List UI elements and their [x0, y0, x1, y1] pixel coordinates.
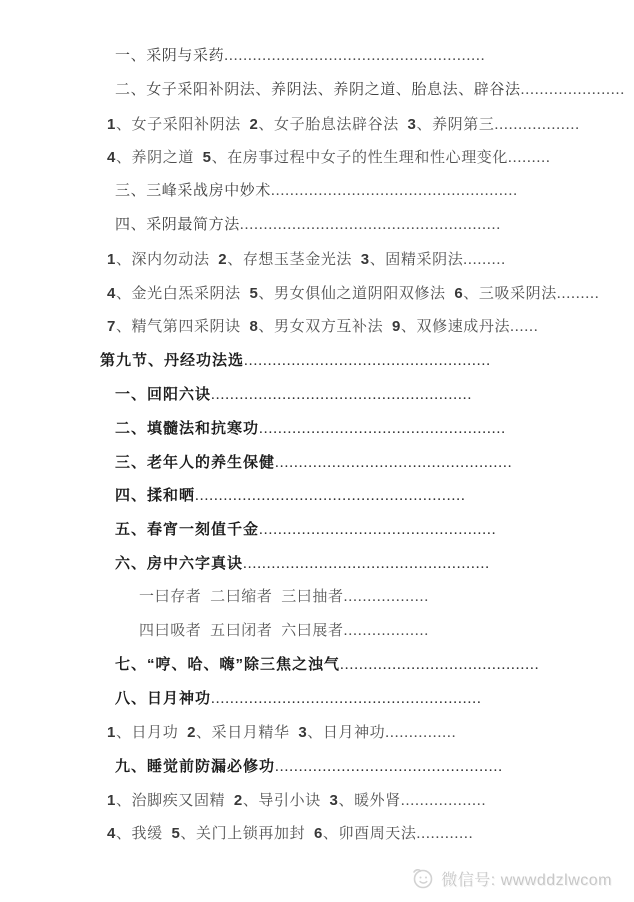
toc-line: 二、女子采阳补阴法、养阴法、养阴之道、胎息法、辟谷法..............… — [0, 74, 634, 108]
toc-line: 一、回阳六诀..................................… — [0, 378, 634, 412]
toc-line: 四曰吸者 五曰闭者 六曰展者.................. — [0, 615, 634, 649]
toc-line: 7、精气第四采阴诀 8、男女双方互补法 9、双修速成丹法...... — [0, 310, 634, 344]
toc-line: 一、采阴与采药.................................… — [0, 40, 634, 74]
toc-line: 四、采阴最简方法................................… — [0, 209, 634, 243]
watermark: 微信号: wwwddzlwcom — [410, 866, 612, 890]
toc-line: 三、三峰采战房中妙术..............................… — [0, 175, 634, 209]
toc-line: 4、我缓 5、关门上锁再加封 6、卯酉周天法............ — [0, 817, 634, 851]
toc-line: 1、深内勿动法 2、存想玉茎金光法 3、固精采阴法......... — [0, 243, 634, 277]
toc-line: 三、老年人的养生保健..............................… — [0, 446, 634, 480]
toc-line: 4、金光白炁采阴法 5、男女俱仙之道阴阳双修法 6、三吸采阴法......... — [0, 277, 634, 311]
watermark-text: 微信号: wwwddzlwcom — [441, 867, 612, 890]
toc-line: 七、“哼、哈、嗨”除三焦之浊气.........................… — [0, 648, 634, 682]
toc-section-heading: 第九节、丹经功法选...............................… — [0, 344, 634, 378]
toc-line: 4、养阴之道 5、在房事过程中女子的性生理和性心理变化......... — [0, 141, 634, 175]
toc-line: 一曰存者 二曰缩者 三曰抽者.................. — [0, 581, 634, 615]
toc-line: 九、睡觉前防漏必修功..............................… — [0, 750, 634, 784]
table-of-contents: 一、采阴与采药.................................… — [0, 40, 634, 851]
toc-line: 二、填髓法和抗寒功...............................… — [0, 412, 634, 446]
toc-line: 1、治脚疾又固精 2、导引小诀 3、暖外肾.................. — [0, 784, 634, 818]
toc-line: 六、房中六字真诀................................… — [0, 547, 634, 581]
document-page: 一、采阴与采药.................................… — [0, 0, 634, 902]
toc-line: 四、揉和晒...................................… — [0, 479, 634, 513]
toc-line: 1、日月功 2、采日月精华 3、日月神功............... — [0, 716, 634, 750]
cartoon-logo-icon — [410, 866, 434, 890]
toc-line: 五、春宵一刻值千金...............................… — [0, 513, 634, 547]
toc-line: 八、日月神功..................................… — [0, 682, 634, 716]
toc-line: 1、女子采阳补阴法 2、女子胎息法辟谷法 3、养阴第三.............… — [0, 108, 634, 142]
